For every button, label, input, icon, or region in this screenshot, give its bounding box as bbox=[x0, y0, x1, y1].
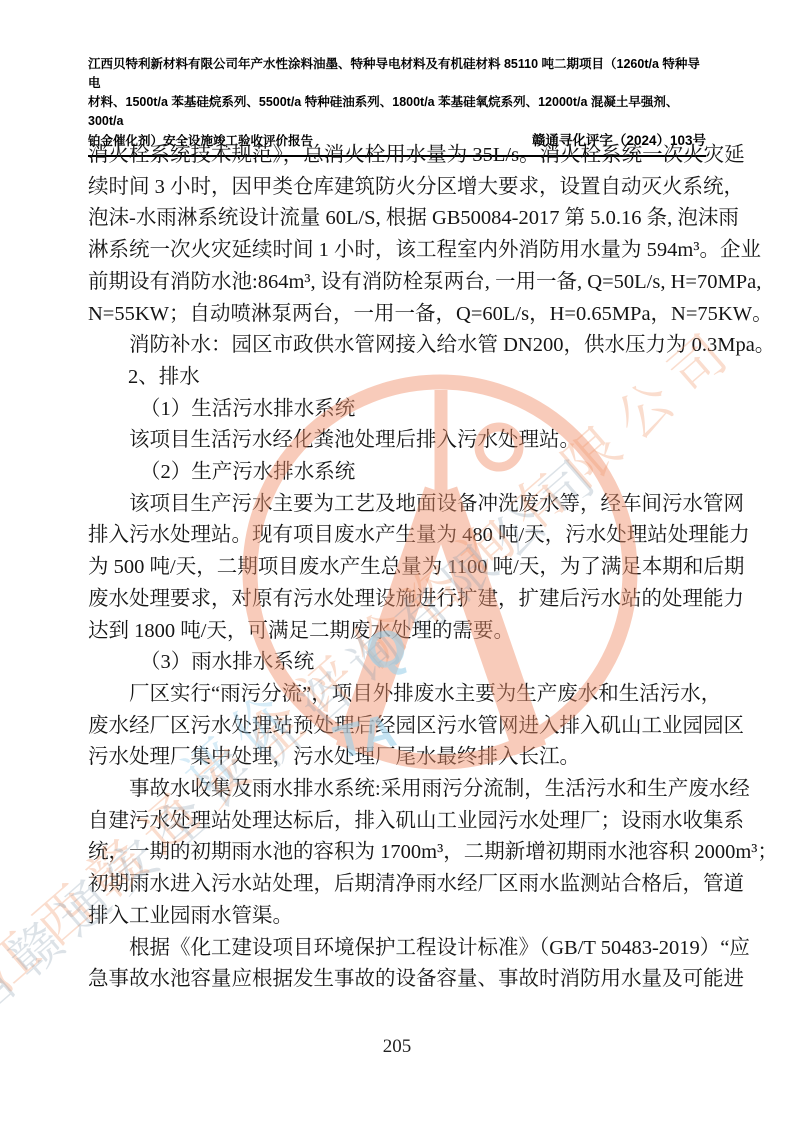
body-line: 急事故水池容量应根据发生事故的设备容量、事故时消防用水量及可能进 bbox=[88, 964, 706, 996]
body-line: 2、排水 bbox=[88, 362, 706, 394]
body-line: 续时间 3 小时，因甲类仓库建筑防火分区增大要求，设置自动灭火系统， bbox=[88, 172, 706, 204]
document-page: 江西贝特利新材料有限公司年产水性涂料油墨、特种导电材料及有机硅材料 85110 … bbox=[0, 0, 793, 1122]
body-line: 统，一期的初期雨水池的容积为 1700m³，二期新增初期雨水池容积 2000m³… bbox=[88, 837, 706, 869]
body-line: 达到 1800 吨/天，可满足二期废水处理的需要。 bbox=[88, 616, 706, 648]
body-text: 消火栓系统技术规范》，总消火栓用水量为 35L/s。消火栓系统一次火灾延续时间 … bbox=[88, 140, 706, 996]
body-line: 消防补水：园区市政供水管网接入给水管 DN200，供水压力为 0.3Mpa。 bbox=[88, 330, 706, 362]
body-line: 事故水收集及雨水排水系统:采用雨污分流制，生活污水和生产废水经 bbox=[88, 774, 706, 806]
body-line: （2）生产污水排水系统 bbox=[88, 457, 706, 489]
header-line-1: 江西贝特利新材料有限公司年产水性涂料油墨、特种导电材料及有机硅材料 85110 … bbox=[88, 55, 706, 93]
body-line: 消火栓系统技术规范》，总消火栓用水量为 35L/s。消火栓系统一次火灾延 bbox=[88, 140, 706, 172]
body-line: 废水处理要求，对原有污水处理设施进行扩建，扩建后污水站的处理能力 bbox=[88, 584, 706, 616]
body-line: （3）雨水排水系统 bbox=[88, 647, 706, 679]
body-line: 排入污水处理站。现有项目废水产生量为 480 吨/天，污水处理站处理能力 bbox=[88, 520, 706, 552]
body-line: 淋系统一次火灾延续时间 1 小时，该工程室内外消防用水量为 594m³。企业 bbox=[88, 235, 706, 267]
body-line: 根据《化工建设项目环境保护工程设计标准》（GB/T 50483-2019）“应 bbox=[88, 933, 706, 965]
body-line: 污水处理厂集中处理，污水处理厂尾水最终排入长江。 bbox=[88, 742, 706, 774]
body-line: 该项目生活污水经化粪池处理后排入污水处理站。 bbox=[88, 425, 706, 457]
body-line: 前期设有消防水池:864m³, 设有消防栓泵两台, 一用一备, Q=50L/s,… bbox=[88, 267, 706, 299]
body-line: 该项目生产污水主要为工艺及地面设备冲洗废水等，经车间污水管网 bbox=[88, 489, 706, 521]
body-line: （1）生活污水排水系统 bbox=[88, 394, 706, 426]
body-line: 自建污水处理站处理达标后，排入矶山工业园污水处理厂；设雨水收集系 bbox=[88, 806, 706, 838]
header-line-2: 材料、1500t/a 苯基硅烷系列、5500t/a 特种硅油系列、1800t/a… bbox=[88, 93, 706, 131]
body-line: 泡沫-水雨淋系统设计流量 60L/S, 根据 GB50084-2017 第 5.… bbox=[88, 203, 706, 235]
body-line: 废水经厂区污水处理站预处理后经园区污水管网进入排入矶山工业园园区 bbox=[88, 711, 706, 743]
body-line: 为 500 吨/天，二期项目废水产生总量为 1100 吨/天，为了满足本期和后期 bbox=[88, 552, 706, 584]
body-line: 厂区实行“雨污分流”，项目外排废水主要为生产废水和生活污水， bbox=[88, 679, 706, 711]
body-line: 初期雨水进入污水站处理，后期清净雨水经厂区雨水监测站合格后，管道 bbox=[88, 869, 706, 901]
page-number: 205 bbox=[88, 1036, 706, 1058]
body-line: N=55KW；自动喷淋泵两台，一用一备，Q=60L/s，H=0.65MPa，N=… bbox=[88, 299, 706, 331]
body-line: 排入工业园雨水管渠。 bbox=[88, 901, 706, 933]
